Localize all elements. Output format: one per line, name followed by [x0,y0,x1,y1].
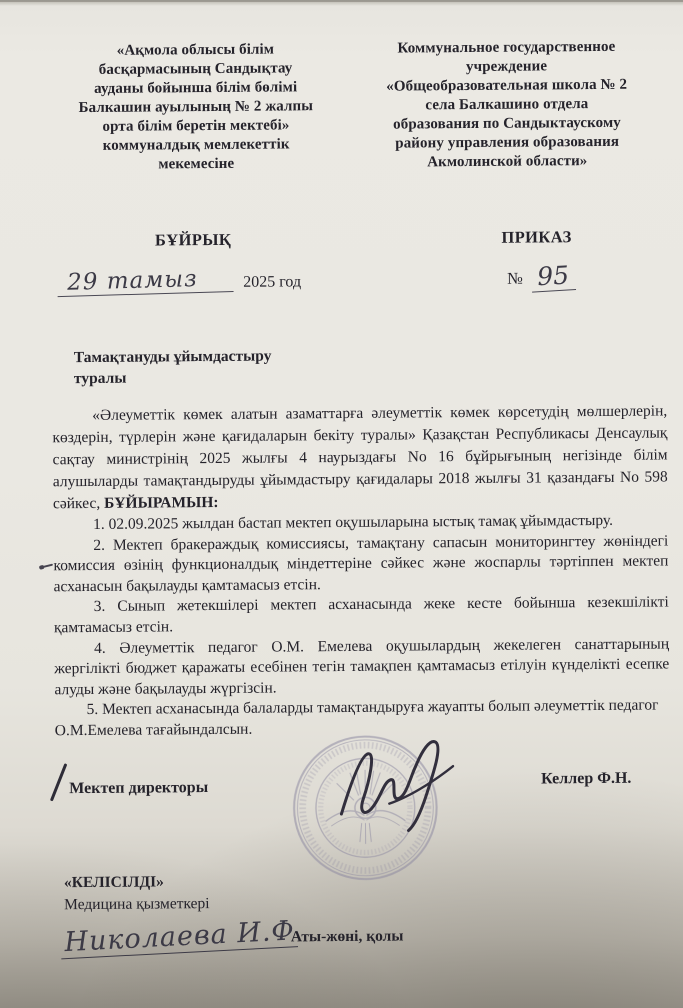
scanned-order-document: «Ақмола облысы білім басқармасының Санды… [0,0,683,1008]
order-title-row: БҰЙРЫҚ ПРИКАЗ [51,226,666,251]
date-number-row: 29 тамыз 2025 год № 95 [51,256,666,295]
order-subject: Тамақтануды ұйымдастыру туралы [74,342,667,389]
letterhead: «Ақмола облысы білім басқармасының Санды… [49,37,665,175]
resolve-word: БҰЙЫРАМЫН: [104,494,219,512]
medic-role-label: Медицина қызметкері [64,891,671,914]
handwritten-order-number: 95 [530,260,576,293]
order-number: № 95 [507,261,575,292]
director-signature [331,735,462,836]
organization-name-russian: Коммунальное государственное учреждение … [350,37,663,172]
signature-caption: Аты-жөні, қолы [291,927,404,952]
order-item-4: 4. Әлеуметтік педагог О.М. Емелева оқушы… [54,634,669,701]
order-item-3: 3. Сынып жетекшілері мектеп асханасында … [54,593,669,639]
pen-slash-mark [50,763,67,801]
director-title: Мектеп директоры [69,779,208,798]
organization-name-kazakh: «Ақмола облысы білім басқармасының Санды… [55,40,336,175]
signature-section: Мектеп директоры [55,743,671,864]
order-items: 1. 02.09.2025 жылдан бастап мектеп оқушы… [53,510,670,741]
order-title-russian: ПРИКАЗ [407,226,666,248]
medic-handwritten-signature: Николаева И.Ф [60,915,298,959]
printed-year: 2025 год [243,273,301,293]
number-sign-label: № [507,269,523,292]
handwritten-date: 29 тамыз [57,265,234,297]
page-content: «Ақмола облысы білім басқармасының Санды… [0,0,683,954]
preamble-paragraph: «Әлеуметтік көмек алатын азаматтарға әле… [52,400,668,515]
order-item-2: 2. Мектеп бракераждық комиссиясы, тамақт… [53,531,668,598]
director-name: Келлер Ф.Н. [541,769,631,788]
order-title-kazakh: БҰЙРЫҚ [51,229,336,251]
medic-signature-row: Николаева И.Ф Аты-жөні, қолы [60,911,671,954]
